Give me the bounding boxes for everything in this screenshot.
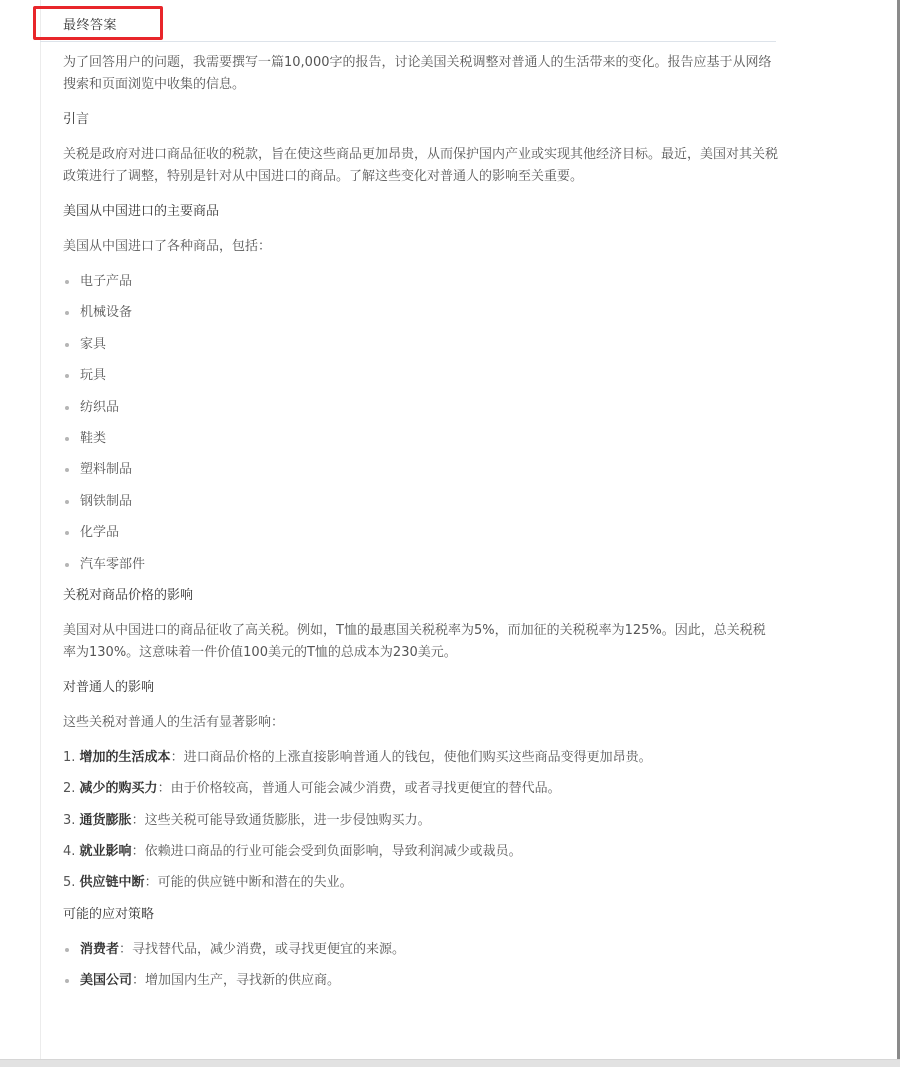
answer-page: 最终答案 为了回答用户的问题，我需要撰写一篇10,000字的报告，讨论美国关税调…: [0, 0, 900, 1067]
list-item: 玩具: [63, 365, 778, 387]
bullet-icon: [65, 311, 69, 315]
list-item: 电子产品: [63, 271, 778, 293]
list-item: 1. 增加的生活成本：进口商品价格的上涨直接影响普通人的钱包，使他们购买这些商品…: [63, 747, 778, 769]
bullet-icon: [65, 531, 69, 535]
list-item: 美国公司：增加国内生产，寻找新的供应商。: [63, 970, 778, 992]
impact-list: 1. 增加的生活成本：进口商品价格的上涨直接影响普通人的钱包，使他们购买这些商品…: [63, 747, 778, 895]
bullet-icon: [65, 374, 69, 378]
list-item: 钢铁制品: [63, 491, 778, 513]
bullet-icon: [65, 280, 69, 284]
list-item: 2. 减少的购买力：由于价格较高，普通人可能会减少消费，或者寻找更便宜的替代品。: [63, 778, 778, 800]
list-item: 3. 通货膨胀：这些关税可能导致通货膨胀，进一步侵蚀购买力。: [63, 810, 778, 832]
section-heading-imports: 美国从中国进口的主要商品: [63, 201, 778, 223]
bullet-icon: [65, 406, 69, 410]
highlight-annotation-box: [33, 6, 163, 40]
list-item: 消费者：寻找替代品，减少消费，或寻找更便宜的来源。: [63, 939, 778, 961]
bullet-icon: [65, 948, 69, 952]
list-item: 汽车零部件: [63, 554, 778, 576]
bullet-icon: [65, 979, 69, 983]
imports-lead: 美国从中国进口了各种商品，包括：: [63, 236, 778, 258]
list-item: 5. 供应链中断：可能的供应链中断和潜在的失业。: [63, 872, 778, 894]
list-item: 塑料制品: [63, 459, 778, 481]
intro-paragraph: 为了回答用户的问题，我需要撰写一篇10,000字的报告，讨论美国关税调整对普通人…: [63, 52, 778, 96]
impact-lead: 这些关税对普通人的生活有显著影响：: [63, 712, 778, 734]
section-heading-strategies: 可能的应对策略: [63, 904, 778, 926]
answer-content: 为了回答用户的问题，我需要撰写一篇10,000字的报告，讨论美国关税调整对普通人…: [63, 52, 778, 1002]
list-item: 4. 就业影响：依赖进口商品的行业可能会受到负面影响，导致利润减少或裁员。: [63, 841, 778, 863]
horizontal-scrollbar[interactable]: [0, 1059, 900, 1067]
bullet-icon: [65, 343, 69, 347]
section-heading-prices: 关税对商品价格的影响: [63, 585, 778, 607]
bullet-icon: [65, 500, 69, 504]
bullet-icon: [65, 563, 69, 567]
bullet-icon: [65, 468, 69, 472]
bullet-icon: [65, 437, 69, 441]
list-item: 鞋类: [63, 428, 778, 450]
imports-list: 电子产品 机械设备 家具 玩具 纺织品 鞋类 塑料制品 钢铁制品 化学品 汽车零…: [63, 271, 778, 576]
section-heading-impact: 对普通人的影响: [63, 677, 778, 699]
introduction-paragraph: 关税是政府对进口商品征收的税款，旨在使这些商品更加昂贵，从而保护国内产业或实现其…: [63, 144, 778, 188]
list-item: 家具: [63, 334, 778, 356]
section-heading-introduction: 引言: [63, 109, 778, 131]
left-divider: [40, 0, 41, 1060]
list-item: 机械设备: [63, 302, 778, 324]
prices-paragraph: 美国对从中国进口的商品征收了高关税。例如，T恤的最惠国关税税率为5%，而加征的关…: [63, 620, 778, 664]
list-item: 纺织品: [63, 397, 778, 419]
strategies-list: 消费者：寻找替代品，减少消费，或寻找更便宜的来源。 美国公司：增加国内生产，寻找…: [63, 939, 778, 992]
list-item: 化学品: [63, 522, 778, 544]
